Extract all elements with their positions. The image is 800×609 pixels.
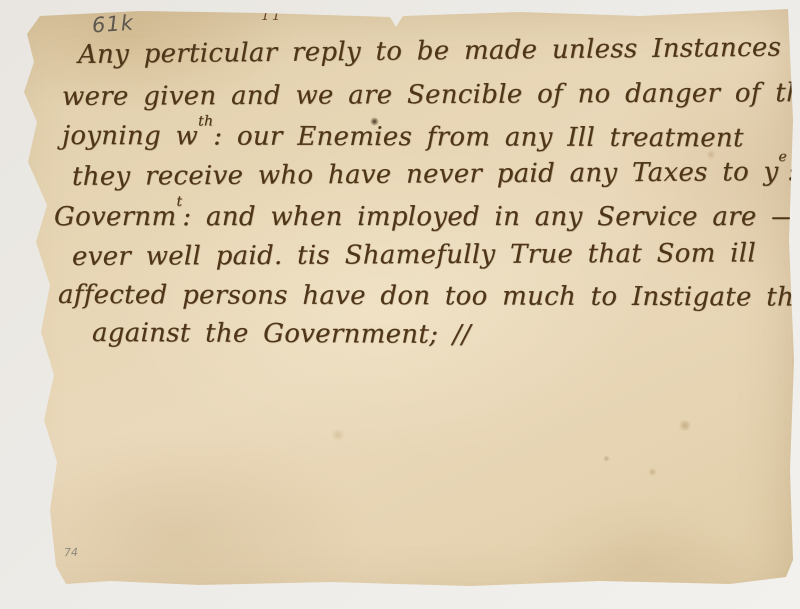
photo-backdrop: 61k 11 Any perticular reply to be made u…	[0, 0, 800, 609]
manuscript-paper: 61k 11 Any perticular reply to be made u…	[0, 0, 800, 609]
manuscript-line: they receive who have never paid any Tax…	[72, 157, 796, 192]
page-number-pencil: 74	[64, 546, 78, 559]
manuscript-line: affected persons have don too much to In…	[58, 280, 800, 313]
manuscript-line: ever well paid. tis Shamefully True that…	[72, 238, 756, 272]
manuscript-line: Governmt: and when imployed in any Servi…	[54, 202, 797, 232]
manuscript-line: against the Government; //	[92, 318, 471, 350]
superscript-abbreviation: e	[778, 149, 787, 165]
superscript-abbreviation: t	[176, 194, 182, 210]
manuscript-line: were given and we are Sencible of no dan…	[62, 78, 800, 112]
manuscript-line: Any perticular reply to be made unless I…	[78, 32, 800, 70]
superscript-abbreviation: th	[198, 114, 213, 130]
manuscript-line: joyning wth: our Enemies from any Ill tr…	[62, 121, 744, 153]
manuscript-text: Any perticular reply to be made unless I…	[0, 0, 800, 609]
